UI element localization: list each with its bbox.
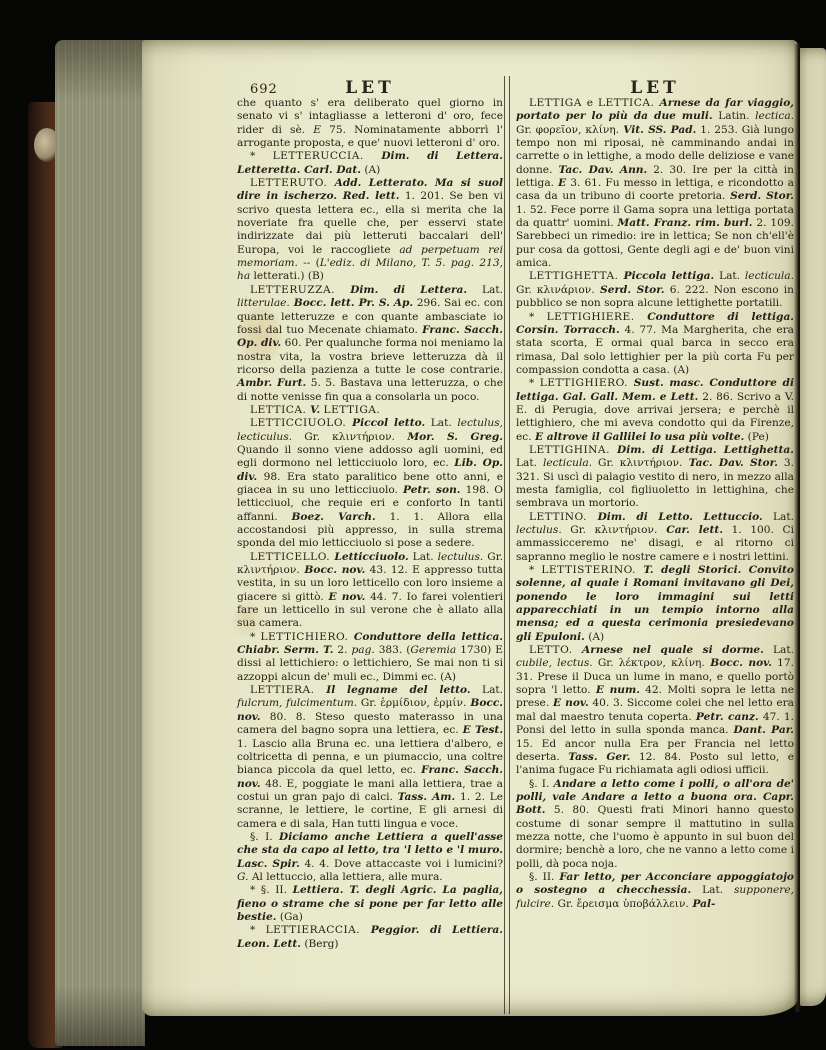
text-segment: LETTICCIUOLO. (250, 417, 346, 429)
text-segment: LETTICELLO. (250, 551, 330, 563)
text-segment: Ambr. Furt. (237, 377, 306, 389)
column-right: LETTIGA e LETTICA. Arnese da far viaggio… (516, 97, 794, 911)
text-segment: LETTERUZZA. (250, 284, 335, 296)
text-segment: Gr. (562, 524, 595, 536)
text-segment: φορεῖον, κλίνη. (536, 124, 619, 136)
text-segment: Arnese nel quale si dorme. (573, 644, 764, 656)
paragraph: * §. II. Lettiera. T. degli Agric. La pa… (237, 884, 503, 924)
paragraph: LETTERUTO. Add. Letterato. Ma si suol di… (237, 177, 503, 284)
paragraph: LETTINO. Dim. di Letto. Lettuccio. Lat. … (516, 511, 794, 564)
text-segment: Mor. S. Greg. (395, 431, 503, 443)
text-segment: Serd. Stor. (595, 284, 665, 296)
text-segment: Car. lett. (657, 524, 723, 536)
text-segment: letterati.) (B) (250, 270, 324, 282)
running-head-right: LET (516, 78, 794, 98)
text-segment: Gr. (592, 457, 620, 469)
text-segment: κλιντήριον. (237, 564, 300, 576)
text-segment: Tass. Am. (398, 791, 456, 803)
text-segment: Dim. di Lettera. (335, 284, 467, 296)
text-segment: Bocc. nov. (705, 657, 772, 669)
text-segment: LETTICA. (250, 404, 306, 416)
text-segment: E num. (596, 684, 640, 696)
paragraph: LETTO. Arnese nel quale si dorme. Lat. c… (516, 644, 794, 777)
text-segment: Dant. Par. (734, 724, 794, 736)
text-segment: Lat. (425, 417, 457, 429)
text-segment: LETTIERA. (250, 684, 315, 696)
text-segment: κλιντήριον. (332, 431, 395, 443)
text-segment: Geremia (410, 644, 456, 656)
text-segment: lectulus. (516, 524, 562, 536)
next-page-edge (800, 48, 826, 1006)
text-segment: Lat. (691, 884, 734, 896)
text-segment: Il legname del letto. (315, 684, 471, 696)
text-segment: §. II. (529, 871, 559, 883)
text-segment: Lat. (516, 457, 543, 469)
text-segment: LETTIGHINA. (529, 444, 610, 456)
paragraph: * LETTIERACCIA. Peggior. di Lettiera. Le… (237, 924, 503, 951)
paragraph: LETTIGHETTA. Piccola lettiga. Lat. lecti… (516, 270, 794, 310)
paragraph: LETTERUZZA. Dim. di Lettera. Lat. litter… (237, 284, 503, 404)
text-segment: LETTISTERINO. (541, 564, 636, 576)
text-segment: Lat. (763, 511, 794, 523)
text-segment: fulcrum, fulcimentum. (237, 697, 357, 709)
text-segment: E (558, 177, 566, 189)
text-segment: * (250, 924, 266, 936)
paragraph: LETTIGA e LETTICA. Arnese da far viaggio… (516, 97, 794, 270)
paragraph: * LETTIGHIERO. Sust. masc. Conduttore di… (516, 377, 794, 444)
text-segment: LETTIGA. (324, 404, 381, 416)
text-segment: LETTERUCCIA. (273, 150, 364, 162)
text-segment: E Test. (463, 724, 503, 736)
text-segment: Dim. di Lettiga. Lettighetta. (610, 444, 794, 456)
text-segment: §. I. (250, 831, 279, 843)
text-segment: Lat. (471, 684, 503, 696)
paragraph: §. II. Far letto, per Acconciare appoggi… (516, 871, 794, 911)
text-segment: Gr. (516, 284, 537, 296)
text-segment: Lat. (409, 551, 438, 563)
book-scan-photo: { "page": { "page_number": "692", "runni… (0, 0, 826, 1050)
text-segment: * (529, 377, 540, 389)
text-segment: Matt. Franz. rim. burl. (618, 217, 753, 229)
text-segment: (Pe) (744, 431, 769, 443)
text-segment: lectica. (755, 110, 794, 122)
text-segment: Tac. Dav. Ann. (558, 164, 647, 176)
text-segment: lecticula. (543, 457, 592, 469)
text-segment: LETTIERACCIA. (266, 924, 361, 936)
paragraph: LETTICELLO. Letticciuolo. Lat. lectulus.… (237, 551, 503, 631)
text-segment: -- ( (298, 257, 320, 269)
text-segment: Bocc. lett. Pr. S. Ap. (290, 297, 413, 309)
paragraph: LETTIERA. Il legname del letto. Lat. ful… (237, 684, 503, 831)
text-segment: LETTERUTO. (250, 177, 327, 189)
text-segment: Petr. canz. (696, 711, 759, 723)
text-segment: (A) (361, 164, 380, 176)
paragraph: LETTICCIUOLO. Piccol letto. Lat. lectulu… (237, 417, 503, 550)
text-segment: ἑρμίδιον, ἑρμίν. (380, 697, 466, 709)
text-segment: Dim. di Letto. Lettuccio. (587, 511, 763, 523)
text-segment: Gr. (357, 697, 380, 709)
text-segment: (Ga) (276, 911, 302, 923)
text-segment: λέκτρον, κλίνη. (619, 657, 705, 669)
text-segment: E (313, 124, 321, 136)
text-segment: Vit. SS. Pad. (619, 124, 696, 136)
text-segment: κλιντήριον. (595, 524, 658, 536)
text-segment: Bocc. nov. (300, 564, 366, 576)
dictionary-page: 692 LET LET che quanto s' era deliberato… (142, 40, 798, 1016)
paragraph: * LETTICHIERO. Conduttore della lettica.… (237, 631, 503, 684)
text-segment: * (529, 311, 547, 323)
text-segment: LETTICA. (598, 97, 654, 109)
text-segment: * (250, 150, 273, 162)
text-segment: Lat. (467, 284, 503, 296)
text-segment: 2. (333, 644, 351, 656)
text-segment: (Berg) (301, 938, 339, 950)
column-left: che quanto s' era deliberato quel giorno… (237, 97, 503, 951)
text-segment: (A) (585, 631, 604, 643)
text-segment: Boez. Varch. (291, 511, 375, 523)
text-segment: * (250, 631, 260, 643)
text-segment: * §. II. (250, 884, 293, 896)
paragraph: che quanto s' era deliberato quel giorno… (237, 97, 503, 150)
text-segment: Petr. son. (403, 484, 460, 496)
text-segment: G. (237, 871, 248, 883)
text-segment: 5. 80. Questi frati Minori hanno questo … (516, 804, 794, 869)
text-segment: Lat. (764, 644, 794, 656)
text-segment: E nov. (329, 591, 366, 603)
text-segment: e (582, 97, 598, 109)
text-segment: §. I. (529, 778, 554, 790)
text-segment: Tass. Ger. (568, 751, 630, 763)
text-segment: lectulus. (438, 551, 484, 563)
text-segment: V. (306, 404, 320, 416)
paragraph: * LETTERUCCIA. Dim. di Lettera. Letteret… (237, 150, 503, 177)
paragraph: LETTICA. V. LETTIGA. (237, 404, 503, 417)
text-segment: Tac. Dav. Stor. (682, 457, 778, 469)
paragraph: * LETTISTERINO. T. degli Storici. Convit… (516, 564, 794, 644)
text-segment: LETTO. (529, 644, 573, 656)
text-segment: Pal- (689, 898, 716, 910)
text-segment: Lat. (714, 270, 745, 282)
running-head-left: LET (237, 78, 503, 98)
text-segment: Gr. (292, 431, 332, 443)
text-segment: ἔρεισμα ὑποβάλλειν. (577, 898, 689, 910)
text-segment: Gr. (483, 551, 503, 563)
text-segment: Piccola lettiga. (618, 270, 714, 282)
text-segment: LETTIGHETTA. (529, 270, 618, 282)
text-segment: LETTINO. (529, 511, 587, 523)
text-segment: LETTIGA (529, 97, 582, 109)
text-segment: LETTIGHIERE. (547, 311, 635, 323)
text-segment: Latin. (713, 110, 756, 122)
text-segment: Piccol letto. (346, 417, 425, 429)
text-segment: LETTICHIERO. (260, 631, 348, 643)
text-segment: Letticciuolo. (330, 551, 409, 563)
column-divider-rule (504, 76, 510, 1014)
text-segment: lecticula. (745, 270, 794, 282)
text-segment: κλινάριον. (537, 284, 595, 296)
text-segment: Gr. (593, 657, 619, 669)
text-segment: LETTIGHIERO. (540, 377, 628, 389)
paragraph: §. I. Andare a letto come i polli, o all… (516, 778, 794, 871)
text-segment: Serd. Stor. (730, 190, 794, 202)
page-stack-fore-edge (55, 40, 145, 1046)
text-segment: cubile, lectus. (516, 657, 593, 669)
text-segment: * (529, 564, 541, 576)
text-segment: Al lettuccio, alla lettiera, alle mura. (248, 871, 442, 883)
text-segment: pag. (351, 644, 374, 656)
paragraph: LETTIGHINA. Dim. di Lettiga. Lettighetta… (516, 444, 794, 511)
text-segment: Gr. (516, 124, 536, 136)
text-segment: 383. ( (375, 644, 411, 656)
text-segment: E altrove il Gallilei lo usa più volte. (535, 431, 744, 443)
text-segment: E nov. (553, 697, 589, 709)
text-segment: κλιντήριον. (620, 457, 683, 469)
paragraph: * LETTIGHIERE. Conduttore di lettiga. Co… (516, 311, 794, 378)
text-segment: Gr. (554, 898, 576, 910)
text-segment: litterulae. (237, 297, 290, 309)
paragraph: §. I. Diciamo anche Lettiera a quell'ass… (237, 831, 503, 884)
text-segment: 4. 4. Dove attaccaste voi i lumicini? (300, 858, 503, 870)
